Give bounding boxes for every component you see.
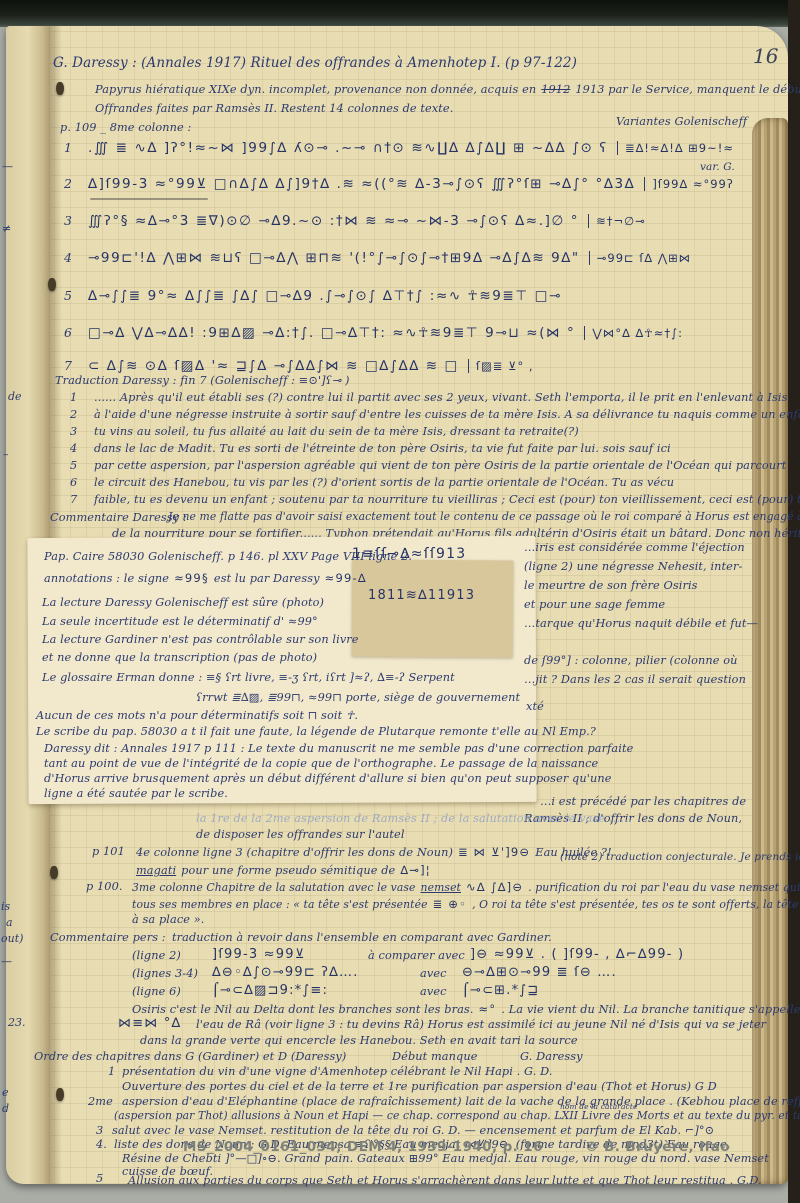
facing-page-fragment: – (3, 448, 9, 461)
slip-reference-glyphs: 1≡ſſ⊸∆≈ſſ913 (352, 546, 466, 562)
notebook-scan: — ≠ de – is a out) — 23. e d 16 G. Dares… (0, 0, 800, 1203)
hieroglyph-line: 1 .∭ ≣ ∿∆ ]ʔ°!≈~⋈ ]99∫∆ ʎ⊙⊸ .~⊸ ∩†⊙ ≋∿∐∆… (64, 140, 734, 156)
hieroglyph-line-number: 2 (64, 176, 88, 191)
translation-line: le circuit des Hanebou, tu vis par les (… (94, 476, 674, 489)
note-line: 4e colonne ligne 3 (chapitre d'offrir le… (136, 846, 453, 859)
hieroglyph-run: ⊂ ∆∫≋ ⊙∆ ſ▨∆ '≈ ⊒∫∆ ⊸∫∆∆∫⋈ ≋ □∆∫∆∆ ≋ □ (88, 358, 459, 374)
side-note: (note 2) traduction conjecturale. Je pre… (560, 851, 800, 863)
comparison-label: (ligne 6) (132, 985, 181, 998)
note-line: . purification du roi par l'eau du vase … (528, 882, 800, 894)
chapter-order-note: Début manque (392, 1050, 478, 1063)
facing-page-fragment: ≠ (2, 222, 11, 235)
inline-glyphs: ∆⊸]¦ (400, 863, 431, 877)
faded-line: la 1re de la 2me aspersion de Ramsès II … (196, 812, 632, 825)
personal-commentary-text: traduction à revoir dans l'ensemble en c… (172, 931, 552, 944)
chapter-order-heading: Ordre des chapitres dans G (Gardiner) et… (34, 1050, 346, 1063)
archive-watermark-credit: © B. Bruyère, Ifao (585, 1139, 730, 1155)
chapter-order-author: G. Daressy (520, 1050, 583, 1063)
translation-line-number: 2 (70, 408, 77, 421)
hieroglyph-variant: ſ▨≣ ⊻° , (468, 359, 534, 373)
page-ref-label: p 100. (86, 880, 123, 893)
chapter-item-number: 4. (96, 1138, 107, 1151)
variants-label: Variantes Golenischeff (616, 115, 747, 128)
facing-page-fragment: a (6, 916, 13, 929)
chapter-item: Allusion aux parties du corps que Seth e… (128, 1174, 762, 1187)
facing-page-fragment: d (2, 1102, 9, 1115)
inline-glyphs: ≣ ⋈ ⊻']9⊖ (458, 845, 530, 859)
pencil-underline (90, 198, 208, 200)
comparison-glyphs: ∆⊖◦∆∫⊙⊸99⊏ ʔ∆…. (212, 965, 359, 980)
slip-paragraph-line: et ne donne que la transcription (pas de… (42, 651, 317, 664)
note-line: tous ses membres en place : « ta tête s'… (132, 899, 428, 911)
margin-note: le meurtre de son frère Osiris (524, 579, 698, 592)
comparison-glyphs: ⊖⊸∆⊞⊙⊸99 ≣ ſ⊖ …. (462, 965, 617, 980)
comparison-glyphs: ]ſ99-3 ≈99⊻ (212, 947, 305, 962)
note-line: 3me colonne Chapitre de la salutation av… (132, 882, 416, 894)
slip-paragraph-line: Le glossaire Erman donne : ≡§ ʕrt livre,… (42, 671, 455, 684)
hieroglyph-run: ⊸99⊏'!∆ ⋀⊞⋈ ≋⊔ʕ □⊸∆⋀ ⊞⊓≋ '(!°∫⊸∫⊙∫⊸†⊞9∆ … (88, 250, 580, 266)
binding-stitch (56, 1088, 64, 1101)
hieroglyph-line: 6 □⊸∆ ⋁∆⊸∆∆! :9⊞∆▨ ⊸∆:†∫. □⊸∆⊤†: ≈∿☥≋9≣⊤… (64, 325, 683, 341)
margin-note: …iris est considérée comme l'éjection (524, 541, 745, 554)
translation-line: ...... Après qu'il eut établi ses (?) co… (94, 391, 788, 404)
comparison-label: (lignes 3-4) (132, 967, 198, 980)
inline-glyphs: ≈° (479, 1002, 497, 1016)
note-line: , O roi ta tête s'est présentée, tes os … (472, 899, 800, 911)
translation-line: par cette aspersion, par l'aspersion agr… (94, 459, 786, 472)
margin-note: et pour une sage femme (524, 598, 665, 611)
inline-glyphs: ∿∆ ∫∆]⊖ (466, 880, 523, 894)
osiris-note-line: dans la grande verte qui encercle les Ha… (140, 1034, 578, 1047)
hieroglyph-run: ∭ʔ°§ ≈∆⊸°3 ≣∇)⊙∅ ⊸∆9.~⊙ :†⋈ ≋ ≈⊸ ~⋈-3 ⊸∫… (88, 213, 579, 229)
continuation-line: de disposer les offrandes sur l'autel (196, 828, 405, 841)
comparison-text: à comparer avec (368, 949, 465, 962)
translation-line-number: 5 (70, 459, 77, 472)
chapter-item: salut avec le vase Nemset. restitution d… (112, 1124, 714, 1137)
slip-paragraph-line: La lecture Daressy Golenischeff est sûre… (42, 596, 324, 609)
translation-line-number: 6 (70, 476, 77, 489)
struck-year: 1912 (541, 83, 570, 96)
chapter-item: Ouverture des portes du ciel et de la te… (122, 1080, 717, 1093)
margin-note: (ligne 2) une négresse Nehesit, inter- (524, 560, 742, 573)
page-ref-label: p 101 (92, 845, 125, 858)
slip-paragraph-line: Le scribe du pap. 58030 a t il fait une … (36, 725, 596, 738)
pasted-note-slip-small (352, 559, 514, 657)
hieroglyph-run: □⊸∆ ⋁∆⊸∆∆! :9⊞∆▨ ⊸∆:†∫. □⊸∆⊤†: ≈∿☥≋9≣⊤ 9… (88, 325, 575, 341)
page-number: 16 (753, 44, 778, 68)
slip-annotation: est lu par Daressy (214, 572, 320, 585)
hieroglyph-variant: ≣∆!≈∆!∆ ⊞9~!≈ (617, 141, 734, 155)
translation-line: faible, tu es devenu un enfant ; soutenu… (94, 493, 800, 506)
archive-watermark-id: MS_2004_0161_034; DEM 4, 1939-1940, p. 1… (183, 1139, 543, 1155)
subtitle-line: Offrandes faites par Ramsès II. Restent … (95, 102, 453, 115)
osiris-note-line: . La vie vient du Nil. La branche taniti… (501, 1003, 800, 1016)
slip-paragraph-line: ʕrrwt ≣∆▨, ≣99⊓, ≈99⊓ porte, siège de go… (196, 691, 520, 704)
daressy-quote-line: tant au point de vue de l'intégrité de l… (44, 757, 598, 770)
comparison-text: avec (420, 967, 447, 980)
chapter-item: aspersion d'eau d'Eléphantine (place de … (122, 1095, 800, 1108)
hieroglyph-run: .∭ ≣ ∿∆ ]ʔ°!≈~⋈ ]99∫∆ ʎ⊙⊸ .~⊸ ∩†⊙ ≋∿∐∆ ∆… (88, 140, 608, 156)
comparison-glyphs: ⌠⊸⊂∆▨⊐9:*∫≡: (212, 983, 328, 998)
translation-line: tu vins au soleil, tu fus allaité au lai… (94, 425, 579, 438)
personal-commentary-heading: Commentaire pers : (50, 931, 166, 944)
comparison-glyphs: ⌠⊸⊂⊞.*∫⊒ (462, 983, 539, 998)
hieroglyph-run: ∆⊸∫∫≣ 9°≈ ∆∫∫≣ ∫∆∫ □⊸∆9 .∫⊸∫⊙∫ ∆⊤†∫ :≈∿ … (88, 288, 562, 304)
slip-annotation-glyphs: ≈99-∆ (325, 571, 367, 585)
facing-page-fragment: e (2, 1086, 9, 1099)
chapter-item: présentation du vin d'une vigne d'Amenho… (122, 1065, 553, 1078)
osiris-note-line: l'eau de Râ (voir ligne 3 : tu devins Râ… (196, 1018, 766, 1031)
facing-page-fragment: — (2, 160, 13, 173)
scanner-background-top (0, 0, 800, 27)
facing-page-fragment: de (8, 390, 22, 403)
chapter-item-number: 2me (88, 1095, 113, 1108)
subtitle-line: Papyrus hiératique XIXe dyn. incomplet, … (95, 83, 536, 96)
facing-page-fragment: is (1, 900, 10, 913)
hieroglyph-line: 4 ⊸99⊏'!∆ ⋀⊞⋈ ≋⊔ʕ □⊸∆⋀ ⊞⊓≋ '(!°∫⊸∫⊙∫⊸†⊞9… (64, 250, 691, 266)
comparison-glyphs: ]⊖ ≈99⊻ . ( ]ſ99- , ∆⌐∆99- ) (470, 947, 684, 962)
hieroglyph-line: 3 ∭ʔ°§ ≈∆⊸°3 ≣∇)⊙∅ ⊸∆9.~⊙ :†⋈ ≋ ≈⊸ ~⋈-3 … (64, 213, 646, 229)
hieroglyph-run: ∆]ſ99-3 ≈°99⊻ □∩∆∫∆ ∆∫]9†∆ .≋ ≈((°≋ ∆-3⊸… (88, 176, 635, 192)
slip-paragraph-line: La lecture Gardiner n'est pas contrôlabl… (42, 633, 359, 646)
hieroglyph-variant: ]ſ99∆ ≈°99ʔ (644, 177, 733, 191)
translation-line-number: 1 (70, 391, 77, 404)
hieroglyph-line: 2 ∆]ſ99-3 ≈°99⊻ □∩∆∫∆ ∆∫]9†∆ .≋ ≈((°≋ ∆-… (64, 176, 734, 192)
binding-stitch (50, 866, 58, 879)
hieroglyph-line: 7 ⊂ ∆∫≋ ⊙∆ ſ▨∆ '≈ ⊒∫∆ ⊸∫∆∆∫⋈ ≋ □∆∫∆∆ ≋ □… (64, 358, 534, 374)
facing-page-fragment: — (1, 955, 12, 968)
hieroglyph-variant: ⋁⋈°∆ ∆☥≈†∫: (584, 326, 683, 340)
slip-center-glyphs: 1811≋∆11913 (368, 588, 475, 603)
comparison-text: avec (420, 985, 447, 998)
margin-note: de ſ99°] : colonne, pilier (colonne où (524, 654, 737, 667)
binding-stitch (56, 82, 64, 95)
chapter-item-number: 1 (108, 1065, 115, 1078)
note-line: pour une forme pseudo sémitique de (181, 864, 395, 877)
margin-note: …jit ? Dans les 2 cas il serait question (524, 673, 746, 686)
translation-line-number: 4 (70, 442, 77, 455)
comparison-label: (ligne 2) (132, 949, 181, 962)
hieroglyph-line-number: 3 (64, 213, 88, 228)
daressy-quote-line: d'Horus arrive brusquement après un débu… (44, 772, 612, 785)
underlined-word: nemset (421, 882, 461, 894)
column-reference: p. 109 _ 8me colonne : (60, 121, 191, 134)
hieroglyph-line: 5 ∆⊸∫∫≣ 9°≈ ∆∫∫≣ ∫∆∫ □⊸∆9 .∫⊸∫⊙∫ ∆⊤†∫ :≈… (64, 288, 562, 304)
margin-note: xté (526, 700, 544, 713)
commentary-line: Je ne me flatte pas d'avoir saisi exacte… (168, 511, 800, 523)
hieroglyph-variant: ≋†¬∅⊸ (588, 214, 646, 228)
translation-line-number: 3 (70, 425, 77, 438)
hieroglyph-line-number: 6 (64, 325, 88, 340)
slip-paragraph-line: La seule incertitude est le déterminatif… (42, 615, 318, 628)
chapter-item-number: 5 (96, 1172, 103, 1185)
variant-g-label: var. G. (700, 161, 735, 173)
daressy-quote-line: Daressy dit : Annales 1917 p 111 : Le te… (44, 742, 633, 755)
translation-line-number: 7 (70, 493, 77, 506)
margin-note: …i est précédé par les chapitres de (540, 795, 746, 808)
daressy-quote-line: ligne a été sautée par le scribe. (44, 787, 228, 800)
binding-stitch (48, 278, 56, 291)
title-line: G. Daressy : (Annales 1917) Rituel des o… (53, 56, 577, 72)
translation-line: dans le lac de Madit. Tu es sorti de l'é… (94, 442, 671, 455)
chapter-item: (aspersion par Thot) allusions à Noun et… (114, 1110, 800, 1122)
facing-page-fragment: 23. (8, 1016, 26, 1029)
note-line: à sa place ». (132, 913, 204, 926)
subtitle-line: 1913 par le Service, manquent le début e… (575, 83, 800, 96)
translation-heading: Traduction Daressy : fin 7 (Golenischeff… (55, 374, 350, 387)
scanner-background-right (788, 0, 800, 1203)
chapter-item-number: 3 (96, 1124, 103, 1137)
hieroglyph-line-number: 1 (64, 140, 88, 155)
hieroglyph-line-number: 5 (64, 288, 88, 303)
hieroglyph-line-number: 7 (64, 358, 88, 373)
slip-annotation: annotations : le signe (44, 572, 169, 585)
margin-note: …tarque qu'Horus naquit débile et fut— (524, 617, 758, 630)
hieroglyph-variant: ⊸99⊏ ſ∆ ⋀⊞⋈ (589, 251, 692, 265)
translation-line: à l'aide d'une négresse instruite à sort… (94, 408, 800, 421)
slip-paragraph-line: Aucun de ces mots n'a pour déterminatifs… (36, 709, 358, 722)
inline-glyphs: ≣ ⊕◦ (433, 897, 468, 911)
osiris-note-line: Osiris c'est le Nil au Delta dont les br… (132, 1003, 474, 1016)
commentary-heading: Commentaire Daressy : (50, 511, 187, 524)
underlined-word: magati (136, 864, 176, 877)
facing-page-fragment: out) (1, 932, 23, 945)
inline-glyphs: ⋈≡⋈ °∆ (118, 1016, 181, 1031)
slip-annotation-glyphs: ≈99§ (174, 571, 209, 585)
hieroglyph-line-number: 4 (64, 250, 88, 265)
